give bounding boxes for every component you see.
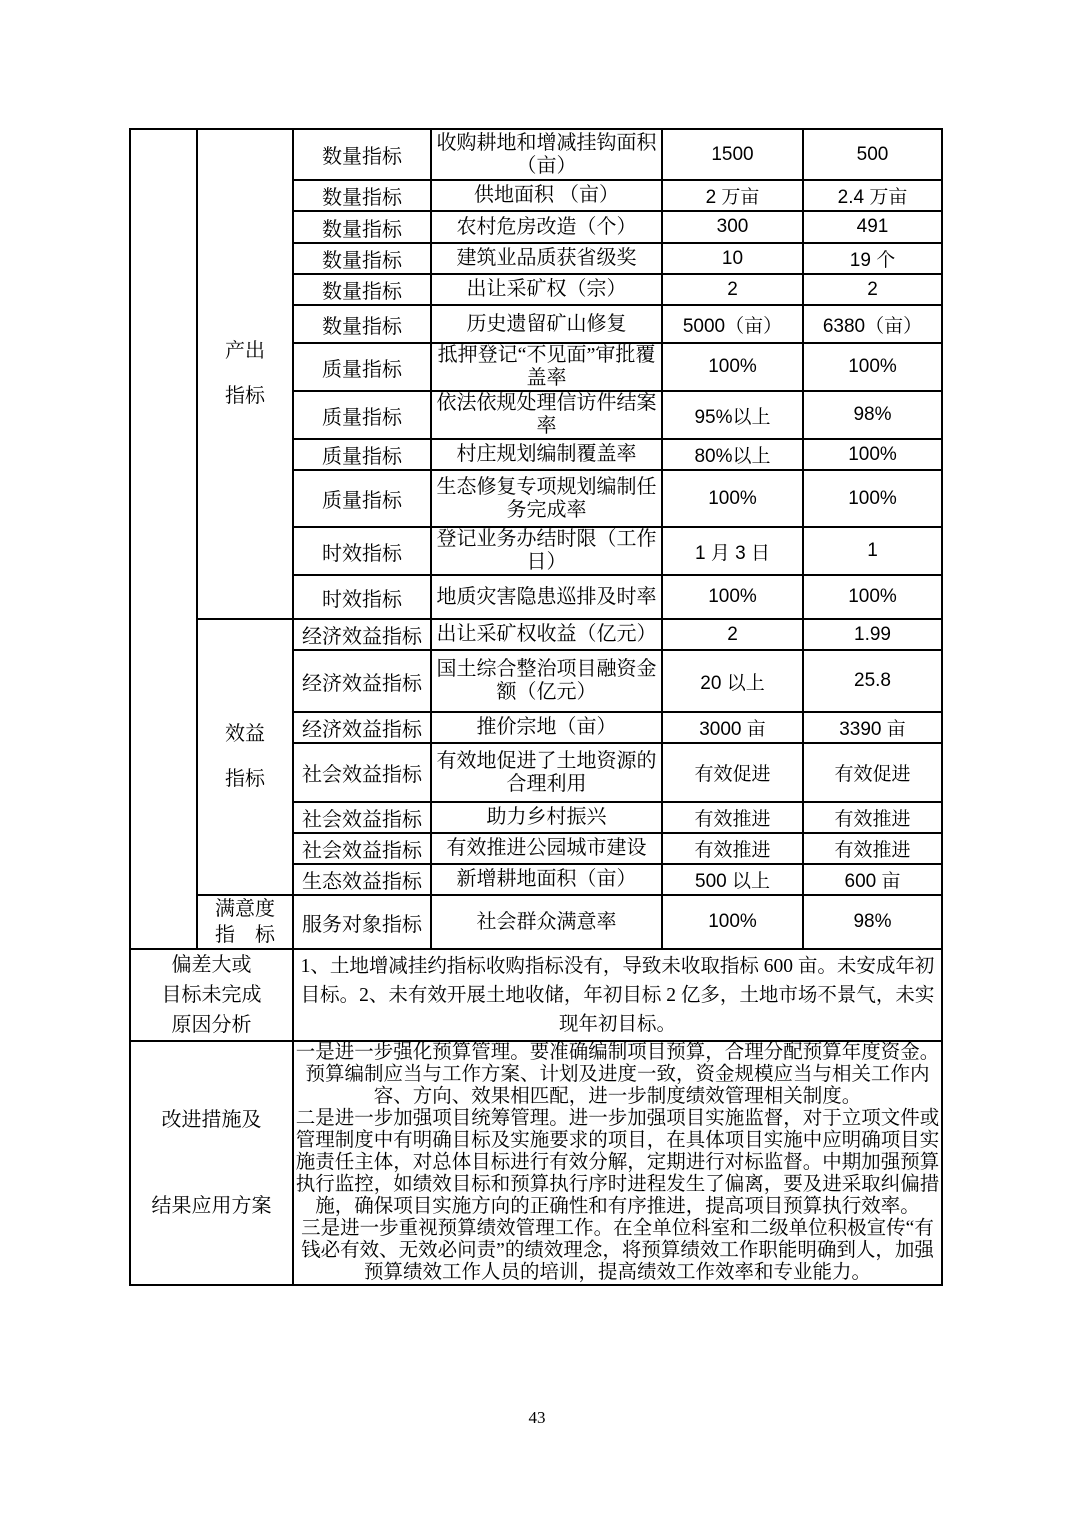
indicator-name-cell: 建筑业品质获省级奖 bbox=[431, 243, 662, 274]
target-value-cell: 3000 亩 bbox=[662, 712, 803, 743]
indicator-type-cell: 社会效益指标 bbox=[293, 743, 431, 802]
actual-value-cell: 19 个 bbox=[803, 243, 942, 274]
indicator-type-cell: 社会效益指标 bbox=[293, 833, 431, 864]
target-value-cell: 1 月 3 日 bbox=[662, 527, 803, 575]
target-value-cell: 2 bbox=[662, 619, 803, 650]
indicator-type-cell: 质量指标 bbox=[293, 343, 431, 391]
indicator-type-cell: 时效指标 bbox=[293, 575, 431, 619]
indicator-name-cell: 有效地促进了土地资源的合理利用 bbox=[431, 743, 662, 802]
category-line: 满意度 bbox=[198, 896, 292, 922]
indicator-name-cell: 国土综合整治项目融资金额（亿元） bbox=[431, 650, 662, 712]
actual-value-cell: 100% bbox=[803, 343, 942, 391]
indicator-name-cell: 地质灾害隐患巡排及时率 bbox=[431, 575, 662, 619]
category-benefit-indicators: 效益 指标 bbox=[197, 619, 293, 895]
actual-value-cell: 100% bbox=[803, 575, 942, 619]
indicator-type-cell: 数量指标 bbox=[293, 274, 431, 305]
indicator-type-cell: 生态效益指标 bbox=[293, 864, 431, 895]
target-value-cell: 100% bbox=[662, 470, 803, 527]
indicator-type-cell: 数量指标 bbox=[293, 243, 431, 274]
indicator-type-cell: 质量指标 bbox=[293, 439, 431, 470]
indicator-name-cell: 新增耕地面积（亩） bbox=[431, 864, 662, 895]
category-line: 指 标 bbox=[198, 922, 292, 948]
target-value-cell: 95%以上 bbox=[662, 391, 803, 439]
indicator-type-cell: 时效指标 bbox=[293, 527, 431, 575]
indicator-name-cell: 出让采矿权（宗） bbox=[431, 274, 662, 305]
left-spacer-cell bbox=[130, 129, 197, 949]
actual-value-cell: 有效促进 bbox=[803, 743, 942, 802]
actual-value-cell: 2.4 万亩 bbox=[803, 180, 942, 211]
indicator-type-cell: 数量指标 bbox=[293, 305, 431, 343]
improvement-paragraph: 三是进一步重视预算绩效管理工作。在全单位科室和二级单位积极宣传“有钱必有效、无效… bbox=[294, 1218, 941, 1284]
label-line: 目标未完成 bbox=[131, 980, 292, 1010]
actual-value-cell: 有效推进 bbox=[803, 833, 942, 864]
indicator-name-cell: 社会群众满意率 bbox=[431, 895, 662, 949]
target-value-cell: 100% bbox=[662, 343, 803, 391]
actual-value-cell: 2 bbox=[803, 274, 942, 305]
label-line: 改进措施及 bbox=[131, 1107, 292, 1133]
indicator-type-cell: 质量指标 bbox=[293, 470, 431, 527]
indicator-type-cell: 经济效益指标 bbox=[293, 650, 431, 712]
label-line: 结果应用方案 bbox=[131, 1193, 292, 1219]
indicator-type-cell: 数量指标 bbox=[293, 129, 431, 180]
actual-value-cell: 1.99 bbox=[803, 619, 942, 650]
indicator-type-cell: 服务对象指标 bbox=[293, 895, 431, 949]
indicator-type-cell: 经济效益指标 bbox=[293, 712, 431, 743]
indicator-name-cell: 供地面积 （亩） bbox=[431, 180, 662, 211]
target-value-cell: 有效推进 bbox=[662, 833, 803, 864]
target-value-cell: 300 bbox=[662, 211, 803, 243]
target-value-cell: 100% bbox=[662, 575, 803, 619]
target-value-cell: 500 以上 bbox=[662, 864, 803, 895]
indicator-name-cell: 村庄规划编制覆盖率 bbox=[431, 439, 662, 470]
indicator-type-cell: 数量指标 bbox=[293, 180, 431, 211]
indicator-name-cell: 历史遗留矿山修复 bbox=[431, 305, 662, 343]
indicator-type-cell: 质量指标 bbox=[293, 391, 431, 439]
actual-value-cell: 有效推进 bbox=[803, 802, 942, 833]
category-line: 指标 bbox=[198, 757, 292, 802]
improvement-measures-label: 改进措施及 结果应用方案 bbox=[130, 1041, 293, 1285]
label-line: 原因分析 bbox=[131, 1010, 292, 1040]
target-value-cell: 1500 bbox=[662, 129, 803, 180]
indicator-name-cell: 抵押登记“不见面”审批覆盖率 bbox=[431, 343, 662, 391]
actual-value-cell: 100% bbox=[803, 470, 942, 527]
actual-value-cell: 500 bbox=[803, 129, 942, 180]
actual-value-cell: 3390 亩 bbox=[803, 712, 942, 743]
indicator-type-cell: 数量指标 bbox=[293, 211, 431, 243]
indicator-name-cell: 农村危房改造（个） bbox=[431, 211, 662, 243]
target-value-cell: 100% bbox=[662, 895, 803, 949]
target-value-cell: 20 以上 bbox=[662, 650, 803, 712]
indicator-name-cell: 收购耕地和增减挂钩面积（亩） bbox=[431, 129, 662, 180]
deviation-analysis-label: 偏差大或 目标未完成 原因分析 bbox=[130, 949, 293, 1041]
indicator-type-cell: 社会效益指标 bbox=[293, 802, 431, 833]
page-number: 43 bbox=[0, 1408, 1074, 1428]
target-value-cell: 2 bbox=[662, 274, 803, 305]
indicator-name-cell: 登记业务办结时限（工作日） bbox=[431, 527, 662, 575]
target-value-cell: 5000（亩） bbox=[662, 305, 803, 343]
target-value-cell: 2 万亩 bbox=[662, 180, 803, 211]
target-value-cell: 有效促进 bbox=[662, 743, 803, 802]
category-line: 效益 bbox=[198, 712, 292, 757]
improvement-measures-text: 一是进一步强化预算管理。要准确编制项目预算，合理分配预算年度资金。预算编制应当与… bbox=[293, 1041, 942, 1285]
actual-value-cell: 6380（亩） bbox=[803, 305, 942, 343]
deviation-analysis-text: 1、土地增减挂约指标收购指标没有，导致未收取指标 600 亩。未安成年初目标。2… bbox=[293, 949, 942, 1041]
category-line: 指标 bbox=[198, 374, 292, 419]
category-output-indicators: 产出 指标 bbox=[197, 129, 293, 619]
indicator-name-cell: 推价宗地（亩） bbox=[431, 712, 662, 743]
indicator-name-cell: 生态修复专项规划编制任务完成率 bbox=[431, 470, 662, 527]
indicator-name-cell: 出让采矿权收益（亿元） bbox=[431, 619, 662, 650]
actual-value-cell: 100% bbox=[803, 439, 942, 470]
target-value-cell: 80%以上 bbox=[662, 439, 803, 470]
actual-value-cell: 98% bbox=[803, 391, 942, 439]
improvement-paragraph: 一是进一步强化预算管理。要准确编制项目预算，合理分配预算年度资金。预算编制应当与… bbox=[294, 1042, 941, 1108]
actual-value-cell: 98% bbox=[803, 895, 942, 949]
actual-value-cell: 491 bbox=[803, 211, 942, 243]
indicator-type-cell: 经济效益指标 bbox=[293, 619, 431, 650]
actual-value-cell: 600 亩 bbox=[803, 864, 942, 895]
improvement-paragraph: 二是进一步加强项目统筹管理。进一步加强项目实施监督，对于立项文件或管理制度中有明… bbox=[294, 1108, 941, 1218]
label-line: 偏差大或 bbox=[131, 950, 292, 980]
document-page: { "page_number": "43", "table": { "categ… bbox=[0, 0, 1074, 1520]
performance-indicator-table: 产出 指标 数量指标 收购耕地和增减挂钩面积（亩） 1500 500 数量指标 … bbox=[129, 128, 943, 1286]
category-satisfaction-indicators: 满意度 指 标 bbox=[197, 895, 293, 949]
indicator-name-cell: 有效推进公园城市建设 bbox=[431, 833, 662, 864]
indicator-name-cell: 助力乡村振兴 bbox=[431, 802, 662, 833]
category-line: 产出 bbox=[198, 329, 292, 374]
actual-value-cell: 25.8 bbox=[803, 650, 942, 712]
target-value-cell: 有效推进 bbox=[662, 802, 803, 833]
actual-value-cell: 1 bbox=[803, 527, 942, 575]
indicator-name-cell: 依法依规处理信访件结案率 bbox=[431, 391, 662, 439]
target-value-cell: 10 bbox=[662, 243, 803, 274]
